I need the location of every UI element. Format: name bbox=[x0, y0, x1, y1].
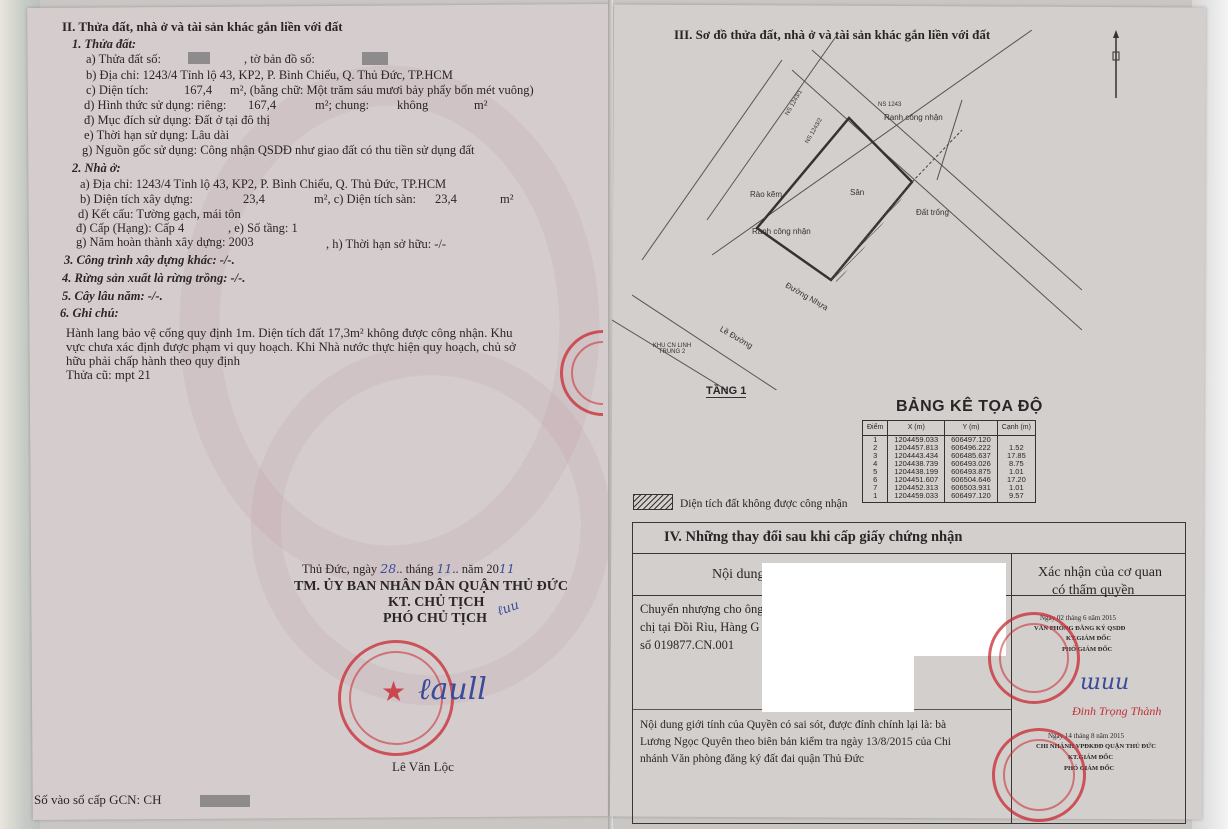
entry1-line-1: Chuyển nhượng cho ông bbox=[640, 602, 763, 616]
entry1-signer: Đinh Trọng Thành bbox=[1072, 704, 1161, 718]
coord-header-3: Cạnh (m) bbox=[997, 421, 1035, 436]
sign-org: TM. ỦY BAN NHÂN DÂN QUẬN THỦ ĐỨC bbox=[294, 580, 568, 594]
changes-title: IV. Những thay đổi sau khi cấp giấy chứn… bbox=[664, 530, 962, 544]
notes-line-1: Hành lang bảo vệ cống quy định 1m. Diện … bbox=[66, 326, 513, 340]
north-arrow-icon bbox=[1110, 30, 1122, 100]
coord-table-title: BẢNG KÊ TỌA ĐỘ bbox=[896, 398, 1043, 416]
sign-day: 28 bbox=[380, 561, 396, 576]
map-label-boundary-1: Ranh công nhận bbox=[884, 113, 943, 122]
sign-place-date: Thủ Đức, ngày 28.. tháng 11.. năm 2011 bbox=[302, 562, 515, 576]
redacted-content-1 bbox=[762, 563, 1006, 656]
floor-area-label: m², c) Diện tích sàn: bbox=[314, 192, 416, 206]
perennial-trees: 5. Cây lâu năm: -/-. bbox=[62, 289, 163, 303]
legend-unrecognized: Diện tích đất không được công nhận bbox=[680, 497, 848, 511]
map-label-yard: Sân bbox=[850, 188, 864, 197]
sign-year-label: năm 20 bbox=[462, 562, 499, 576]
house-floors: , e) Số tầng: 1 bbox=[228, 221, 298, 235]
land-area-label: c) Diện tích: bbox=[86, 83, 148, 97]
land-area-unit: m², (bằng chữ: Một trăm sáu mươi bảy phẩ… bbox=[230, 83, 534, 97]
map-label-fence: Rào kẽm bbox=[750, 190, 782, 199]
house-structure: d) Kết cấu: Tường gạch, mái tôn bbox=[78, 207, 241, 221]
table-cell: 1204459.033 bbox=[888, 492, 945, 503]
house-heading: 2. Nhà ở: bbox=[72, 161, 121, 175]
table-cell: 606497.120 bbox=[945, 492, 998, 503]
table-cell: 1 bbox=[863, 492, 888, 503]
house-ownership-term: , h) Thời hạn sở hữu: -/- bbox=[326, 237, 446, 251]
notes-line-4: Thửa cũ: mpt 21 bbox=[66, 368, 151, 382]
map-label-industrial-zone: KHU CN LINH TRUNG 2 bbox=[652, 343, 692, 355]
usage-shared-label: m²; chung: bbox=[315, 98, 369, 112]
map-label-empty-land: Đất trống bbox=[916, 208, 949, 217]
section-ii-title: II. Thửa đất, nhà ở và tài sản khác gắn … bbox=[62, 20, 343, 34]
floor-area-unit: m² bbox=[500, 192, 513, 206]
house-grade: đ) Cấp (Hạng): Cấp 4 bbox=[76, 221, 184, 235]
land-term: e) Thời hạn sử dụng: Lâu dài bbox=[84, 128, 229, 142]
coord-header-2: Y (m) bbox=[945, 421, 998, 436]
redacted-registry-no bbox=[200, 795, 250, 807]
usage-private-value: 167,4 bbox=[248, 98, 276, 112]
table-cell: 9.57 bbox=[997, 492, 1035, 503]
col-content-header: Nội dung bbox=[712, 568, 765, 582]
entry1-line-2: chị tại Đồi Rìu, Hàng G bbox=[640, 620, 759, 634]
hatch-legend-icon bbox=[633, 494, 673, 510]
map-label-neighbor-3: NS 1243 bbox=[878, 102, 901, 108]
registry-label: Số vào sổ cấp GCN: CH bbox=[34, 793, 161, 807]
redacted-parcel-no bbox=[188, 52, 210, 64]
office-seal-stamp-2 bbox=[992, 728, 1086, 822]
entry2-line-2: Lương Ngọc Quyên theo biên bản kiểm tra … bbox=[640, 735, 951, 749]
star-emblem-icon: ★ bbox=[381, 675, 406, 709]
house-year-built: g) Năm hoàn thành xây dựng: 2003 bbox=[76, 235, 254, 249]
entry2-line-3: nhánh Văn phòng đăng ký đất đai quận Thủ… bbox=[640, 752, 864, 766]
production-forest: 4. Rừng sản xuất là rừng trồng: -/-. bbox=[62, 271, 245, 285]
coord-header-0: Điểm bbox=[863, 421, 888, 436]
land-heading: 1. Thửa đất: bbox=[72, 37, 136, 51]
land-purpose: đ) Mục đích sử dụng: Đất ở tại đô thị bbox=[84, 113, 270, 127]
land-address: b) Địa chỉ: 1243/4 Tỉnh lộ 43, KP2, P. B… bbox=[86, 68, 453, 82]
coord-header-1: X (m) bbox=[888, 421, 945, 436]
col-confirm-header-2: có thẩm quyền bbox=[1052, 584, 1134, 598]
house-address: a) Địa chỉ: 1243/4 Tỉnh lộ 43, KP2, P. B… bbox=[80, 177, 446, 191]
floor-area-value: 23,4 bbox=[435, 192, 457, 206]
land-area-value: 167,4 bbox=[184, 83, 212, 97]
office-seal-stamp-1 bbox=[988, 612, 1080, 704]
land-origin: g) Nguồn gốc sử dụng: Công nhận QSDĐ như… bbox=[82, 143, 475, 157]
parcel-no-label: a) Thửa đất số: bbox=[86, 52, 161, 66]
table-row: 11204459.033606497.1209.57 bbox=[863, 492, 1036, 503]
build-area-value: 23,4 bbox=[243, 192, 265, 206]
parcel-map bbox=[612, 30, 1082, 390]
entry1-line-3: số 019877.CN.001 bbox=[640, 638, 734, 652]
coord-table: ĐiểmX (m)Y (m)Cạnh (m) 11204459.03360649… bbox=[862, 420, 1036, 503]
build-area-label: b) Diện tích xây dựng: bbox=[80, 192, 193, 206]
other-construction: 3. Công trình xây dựng khác: -/-. bbox=[64, 253, 235, 267]
entry2-line-1: Nội dung giới tính của Quyền có sai sót,… bbox=[640, 718, 946, 732]
sign-month-label: tháng bbox=[406, 562, 434, 576]
notes-line-3: hữu phải chấp hành theo quy định bbox=[66, 354, 240, 368]
map-label-boundary-2: Ranh công nhận bbox=[752, 227, 811, 236]
entry1-signature: ɯuu bbox=[1080, 670, 1129, 695]
map-sheet-label: , tờ bản đồ số: bbox=[244, 52, 315, 66]
signature: ℓaull bbox=[418, 672, 487, 707]
notes-line-2: vực chưa xác định được phạm vi quy hoạch… bbox=[66, 340, 516, 354]
sign-title-2: PHÓ CHỦ TỊCH bbox=[383, 612, 487, 626]
usage-form-label: d) Hình thức sử dụng: riêng: bbox=[84, 98, 226, 112]
sign-title-1: KT. CHỦ TỊCH bbox=[388, 596, 484, 610]
floor-label: TẦNG 1 bbox=[706, 385, 746, 398]
col-confirm-header-1: Xác nhận của cơ quan bbox=[1038, 566, 1162, 580]
redacted-map-sheet bbox=[362, 52, 388, 65]
notes-heading: 6. Ghi chú: bbox=[60, 306, 119, 320]
usage-shared-value: không bbox=[397, 98, 428, 112]
sign-year-suffix: 11 bbox=[499, 561, 515, 576]
sign-month: 11 bbox=[436, 561, 452, 576]
usage-shared-unit: m² bbox=[474, 98, 487, 112]
signer-name: Lê Văn Lộc bbox=[392, 760, 454, 774]
sign-date-prefix: Thủ Đức, ngày bbox=[302, 562, 377, 576]
redacted-content-2 bbox=[762, 650, 914, 712]
